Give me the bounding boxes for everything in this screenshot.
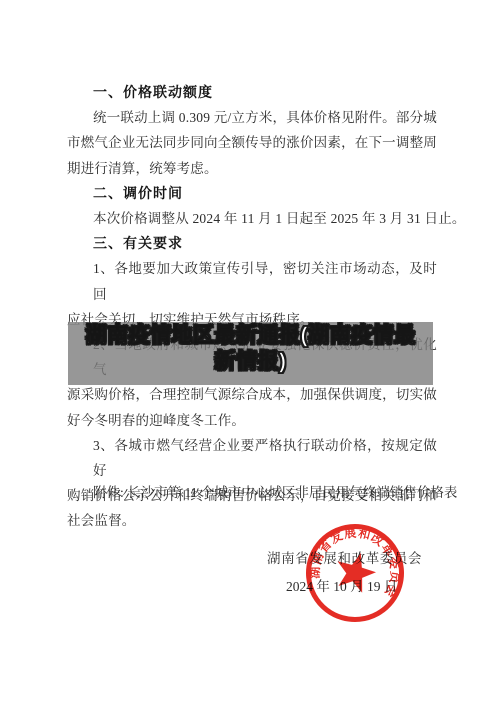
overlay-banner: 湖南疫情地区最新通报(湖南疫情最 新情报) <box>68 322 433 385</box>
body-line: 3、各城市燃气经营企业要严格执行联动价格，按规定做好 <box>67 433 437 483</box>
body-line: 市燃气企业无法同步同向全额传导的涨价因素，在下一调整周 <box>67 130 437 155</box>
body-line: 1、各地要加大政策宣传引导，密切关注市场动态，及时回 <box>67 256 437 306</box>
overlay-title-line2: 新情报) <box>215 349 287 375</box>
document-page: 一、价格联动额度 统一联动上调 0.309 元/立方米，具体价格见附件。部分城 … <box>0 0 500 707</box>
heading-2: 二、调价时间 <box>67 181 437 206</box>
body-line-under-overlay: 源采购价格，合理控制气源综合成本，加强保供调度，切实做 <box>67 382 437 407</box>
seal-star-icon <box>331 547 380 595</box>
document-text-block: 一、价格联动额度 统一联动上调 0.309 元/立方米，具体价格见附件。部分城 … <box>67 80 437 534</box>
body-line: 期进行清算，统筹考虑。 <box>67 156 437 181</box>
attachment-line: 附件: 长沙市等 11 个城市中心城区非居民用气终端销售价格表 <box>67 480 447 505</box>
overlay-title-line1: 湖南疫情地区最新通报(湖南疫情最 <box>86 323 416 349</box>
official-seal: 湖南省发展和改革委员会 <box>303 521 407 625</box>
body-line: 统一联动上调 0.309 元/立方米，具体价格见附件。部分城 <box>67 105 437 130</box>
heading-3: 三、有关要求 <box>67 231 437 256</box>
heading-1: 一、价格联动额度 <box>67 80 437 105</box>
body-line: 本次价格调整从 2024 年 11 月 1 日起至 2025 年 3 月 31 … <box>67 206 437 231</box>
body-line-under-overlay: 好今冬明春的迎峰度冬工作。 <box>67 408 437 433</box>
